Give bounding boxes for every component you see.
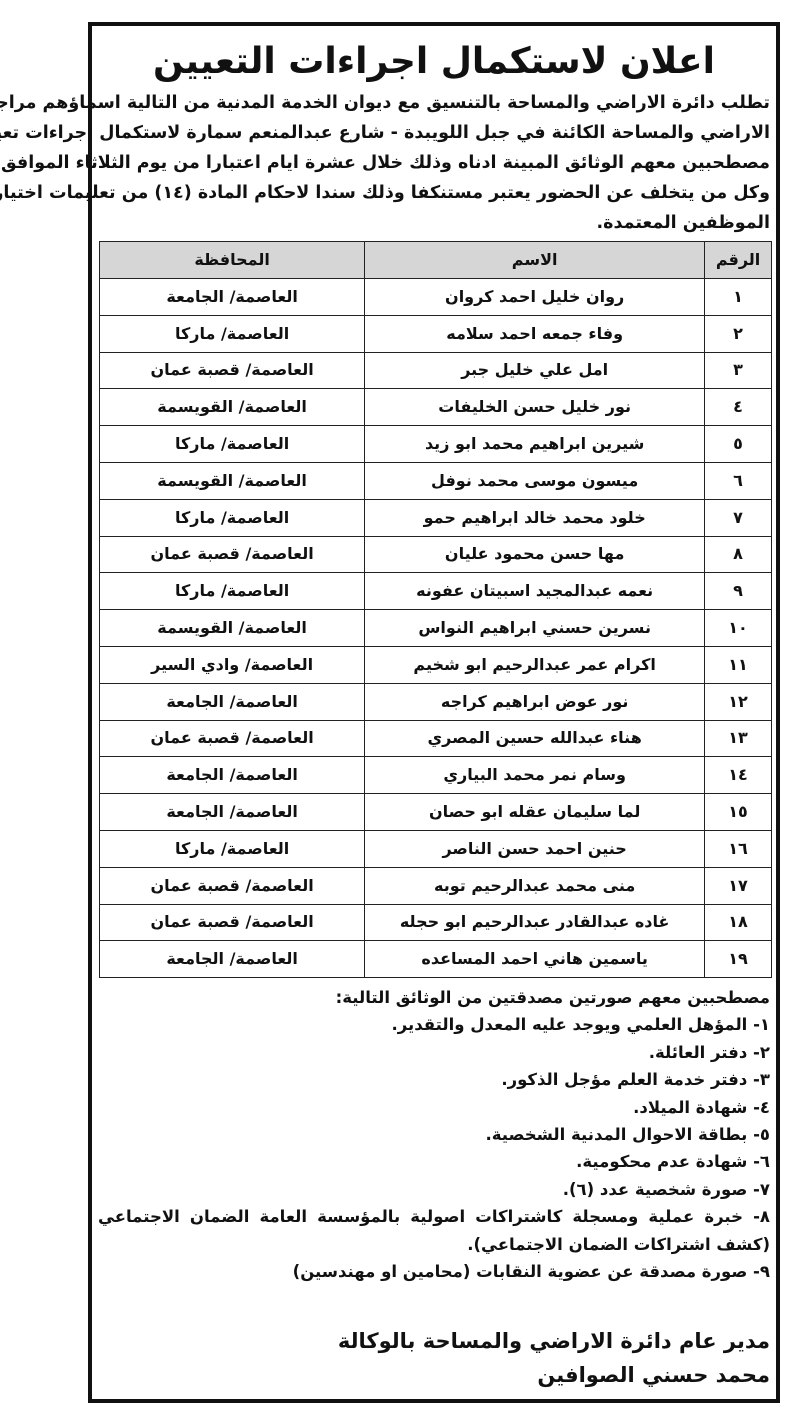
cell-number: ١٣: [705, 720, 772, 757]
announcement-title: اعلان لاستكمال اجراءات التعيين: [92, 32, 776, 92]
document-item: ٧- صورة شخصية عدد (٦).: [98, 1176, 770, 1203]
cell-governorate: العاصمة/ قصبة عمان: [100, 720, 365, 757]
cell-governorate: العاصمة/ ماركا: [100, 426, 365, 463]
required-documents: مصطحبين معهم صورتين مصدقتين من الوثائق ا…: [98, 984, 770, 1285]
document-item: ٦- شهادة عدم محكومية.: [98, 1148, 770, 1175]
table-row: ١٧منى محمد عبدالرحيم توبهالعاصمة/ قصبة ع…: [100, 867, 772, 904]
cell-number: ١٩: [705, 941, 772, 978]
cell-number: ١: [705, 279, 772, 316]
intro-paragraph: تطلب دائرة الاراضي والمساحة بالتنسيق مع …: [98, 88, 770, 238]
cell-number: ١٧: [705, 867, 772, 904]
cell-governorate: العاصمة/ الجامعة: [100, 279, 365, 316]
cell-name: مها حسن محمود عليان: [365, 536, 705, 573]
cell-name: خلود محمد خالد ابراهيم حمو: [365, 499, 705, 536]
cell-number: ٩: [705, 573, 772, 610]
cell-governorate: العاصمة/ قصبة عمان: [100, 536, 365, 573]
cell-number: ٤: [705, 389, 772, 426]
intro-line: مصطحبين معهم الوثائق المبينة ادناه وذلك …: [98, 148, 770, 178]
signatory-position: مدير عام دائرة الاراضي والمساحة بالوكالة: [338, 1324, 770, 1358]
cell-governorate: العاصمة/ ماركا: [100, 315, 365, 352]
table-row: ١٨غاده عبدالقادر عبدالرحيم ابو حجلهالعاص…: [100, 904, 772, 941]
table-row: ١٩ياسمين هاني احمد المساعدهالعاصمة/ الجا…: [100, 941, 772, 978]
cell-name: وفاء جمعه احمد سلامه: [365, 315, 705, 352]
document-item: ٩- صورة مصدقة عن عضوية النقابات (محامين …: [98, 1258, 770, 1285]
cell-governorate: العاصمة/ قصبة عمان: [100, 904, 365, 941]
table-row: ١٦حنين احمد حسن الناصرالعاصمة/ ماركا: [100, 830, 772, 867]
cell-name: نسرين حسني ابراهيم النواس: [365, 610, 705, 647]
appointees-table: الرقم الاسم المحافظة ١روان خليل احمد كرو…: [99, 241, 772, 978]
cell-name: هناء عبدالله حسين المصري: [365, 720, 705, 757]
cell-name: روان خليل احمد كروان: [365, 279, 705, 316]
cell-number: ١١: [705, 646, 772, 683]
cell-number: ٦: [705, 462, 772, 499]
cell-number: ٨: [705, 536, 772, 573]
cell-number: ١٢: [705, 683, 772, 720]
cell-governorate: العاصمة/ قصبة عمان: [100, 867, 365, 904]
cell-number: ٧: [705, 499, 772, 536]
table-body: ١روان خليل احمد كروانالعاصمة/ الجامعة٢وف…: [100, 279, 772, 978]
cell-name: وسام نمر محمد البياري: [365, 757, 705, 794]
cell-governorate: العاصمة/ قصبة عمان: [100, 352, 365, 389]
table-row: ٦ميسون موسى محمد نوفلالعاصمة/ القويسمة: [100, 462, 772, 499]
cell-name: لما سليمان عقله ابو حصان: [365, 794, 705, 831]
cell-number: ١٠: [705, 610, 772, 647]
cell-governorate: العاصمة/ القويسمة: [100, 610, 365, 647]
document-item: ١- المؤهل العلمي ويوجد عليه المعدل والتق…: [98, 1011, 770, 1038]
table-row: ٥شيرين ابراهيم محمد ابو زيدالعاصمة/ مارك…: [100, 426, 772, 463]
cell-governorate: العاصمة/ الجامعة: [100, 757, 365, 794]
table-row: ١٣هناء عبدالله حسين المصريالعاصمة/ قصبة …: [100, 720, 772, 757]
cell-governorate: العاصمة/ ماركا: [100, 830, 365, 867]
document-item: ٨- خبرة عملية ومسجلة كاشتراكات اصولية با…: [98, 1203, 770, 1258]
cell-name: نور خليل حسن الخليفات: [365, 389, 705, 426]
cell-name: حنين احمد حسن الناصر: [365, 830, 705, 867]
cell-number: ١٥: [705, 794, 772, 831]
cell-governorate: العاصمة/ الجامعة: [100, 794, 365, 831]
cell-number: ١٦: [705, 830, 772, 867]
cell-name: اكرام عمر عبدالرحيم ابو شخيم: [365, 646, 705, 683]
cell-number: ٢: [705, 315, 772, 352]
table-row: ١٢نور عوض ابراهيم كراجهالعاصمة/ الجامعة: [100, 683, 772, 720]
intro-line: وكل من يتخلف عن الحضور يعتبر مستنكفا وذل…: [98, 178, 770, 208]
cell-number: ٥: [705, 426, 772, 463]
header-name: الاسم: [365, 242, 705, 279]
cell-governorate: العاصمة/ الجامعة: [100, 941, 365, 978]
header-number: الرقم: [705, 242, 772, 279]
cell-name: نور عوض ابراهيم كراجه: [365, 683, 705, 720]
cell-governorate: العاصمة/ القويسمة: [100, 462, 365, 499]
table-row: ١٥لما سليمان عقله ابو حصانالعاصمة/ الجام…: [100, 794, 772, 831]
table-row: ٣امل علي خليل جبرالعاصمة/ قصبة عمان: [100, 352, 772, 389]
cell-governorate: العاصمة/ ماركا: [100, 499, 365, 536]
intro-line: الاراضي والمساحة الكائنة في جبل اللويبدة…: [98, 118, 770, 148]
cell-governorate: العاصمة/ وادي السير: [100, 646, 365, 683]
cell-name: ياسمين هاني احمد المساعده: [365, 941, 705, 978]
cell-name: شيرين ابراهيم محمد ابو زيد: [365, 426, 705, 463]
cell-name: منى محمد عبدالرحيم توبه: [365, 867, 705, 904]
table-row: ١٠نسرين حسني ابراهيم النواسالعاصمة/ القو…: [100, 610, 772, 647]
documents-heading: مصطحبين معهم صورتين مصدقتين من الوثائق ا…: [98, 984, 770, 1011]
cell-name: امل علي خليل جبر: [365, 352, 705, 389]
table-row: ٨مها حسن محمود عليانالعاصمة/ قصبة عمان: [100, 536, 772, 573]
table-row: ٢وفاء جمعه احمد سلامهالعاصمة/ ماركا: [100, 315, 772, 352]
cell-name: ميسون موسى محمد نوفل: [365, 462, 705, 499]
intro-line: الموظفين المعتمدة.: [98, 208, 770, 238]
signatory-name: محمد حسني الصوافين: [338, 1358, 770, 1392]
cell-number: ١٨: [705, 904, 772, 941]
cell-governorate: العاصمة/ ماركا: [100, 573, 365, 610]
table-row: ١١اكرام عمر عبدالرحيم ابو شخيمالعاصمة/ و…: [100, 646, 772, 683]
announcement-frame: اعلان لاستكمال اجراءات التعيين تطلب دائر…: [88, 22, 780, 1403]
table-row: ٩نعمه عبدالمجيد اسبيتان عفونهالعاصمة/ ما…: [100, 573, 772, 610]
table-row: ٤نور خليل حسن الخليفاتالعاصمة/ القويسمة: [100, 389, 772, 426]
cell-number: ٣: [705, 352, 772, 389]
cell-name: نعمه عبدالمجيد اسبيتان عفونه: [365, 573, 705, 610]
signature-block: مدير عام دائرة الاراضي والمساحة بالوكالة…: [338, 1324, 770, 1392]
document-item: ٤- شهادة الميلاد.: [98, 1094, 770, 1121]
document-item: ٢- دفتر العائلة.: [98, 1039, 770, 1066]
table-row: ١روان خليل احمد كروانالعاصمة/ الجامعة: [100, 279, 772, 316]
document-item: ٥- بطاقة الاحوال المدنية الشخصية.: [98, 1121, 770, 1148]
table-row: ٧خلود محمد خالد ابراهيم حموالعاصمة/ مارك…: [100, 499, 772, 536]
cell-governorate: العاصمة/ الجامعة: [100, 683, 365, 720]
table-row: ١٤وسام نمر محمد البياريالعاصمة/ الجامعة: [100, 757, 772, 794]
document-item: ٣- دفتر خدمة العلم مؤجل الذكور.: [98, 1066, 770, 1093]
intro-line: تطلب دائرة الاراضي والمساحة بالتنسيق مع …: [98, 88, 770, 118]
table-header-row: الرقم الاسم المحافظة: [100, 242, 772, 279]
cell-name: غاده عبدالقادر عبدالرحيم ابو حجله: [365, 904, 705, 941]
cell-number: ١٤: [705, 757, 772, 794]
header-governorate: المحافظة: [100, 242, 365, 279]
cell-governorate: العاصمة/ القويسمة: [100, 389, 365, 426]
